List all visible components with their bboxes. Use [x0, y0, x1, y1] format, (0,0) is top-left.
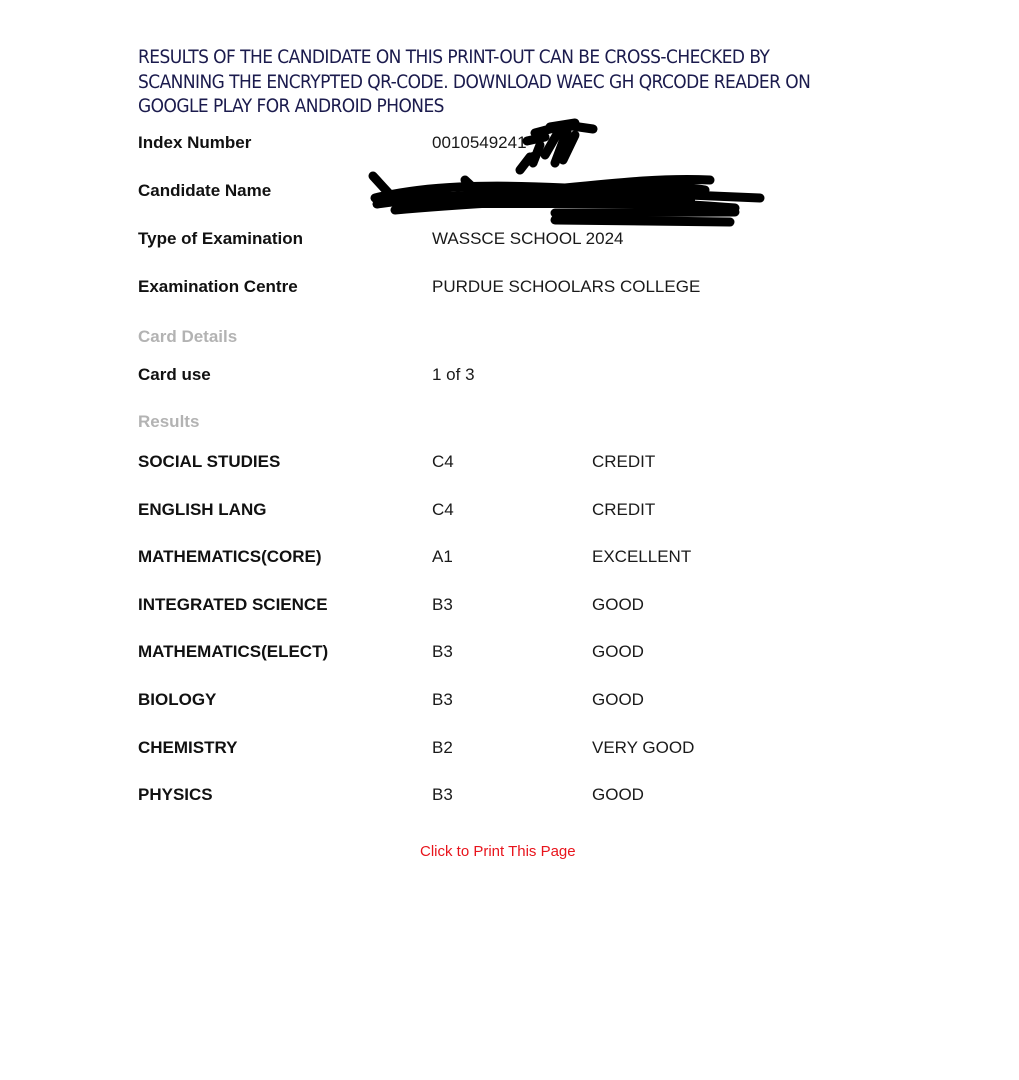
subject-name: PHYSICS	[138, 784, 213, 806]
qr-verification-notice: RESULTS OF THE CANDIDATE ON THIS PRINT-O…	[138, 46, 819, 120]
grade-remark: GOOD	[592, 784, 644, 806]
print-page-link[interactable]: Click to Print This Page	[420, 842, 576, 862]
grade-remark: CREDIT	[592, 451, 655, 473]
index-number-value: 0010549241	[432, 132, 527, 154]
subject-grade: B2	[432, 737, 453, 759]
index-number-label: Index Number	[138, 132, 251, 154]
card-use-label: Card use	[138, 364, 211, 386]
exam-type-label: Type of Examination	[138, 228, 303, 250]
subject-grade: B3	[432, 689, 453, 711]
subject-grade: A1	[432, 546, 453, 568]
subject-grade: C4	[432, 499, 454, 521]
subject-name: ENGLISH LANG	[138, 499, 266, 521]
subject-name: CHEMISTRY	[138, 737, 238, 759]
exam-centre-label: Examination Centre	[138, 276, 298, 298]
card-details-heading: Card Details	[138, 326, 237, 348]
subject-grade: B3	[432, 641, 453, 663]
subject-name: MATHEMATICS(CORE)	[138, 546, 322, 568]
grade-remark: GOOD	[592, 641, 644, 663]
subject-name: INTEGRATED SCIENCE	[138, 594, 328, 616]
grade-remark: EXCELLENT	[592, 546, 691, 568]
subject-name: MATHEMATICS(ELECT)	[138, 641, 328, 663]
grade-remark: GOOD	[592, 594, 644, 616]
grade-remark: VERY GOOD	[592, 737, 694, 759]
subject-name: BIOLOGY	[138, 689, 216, 711]
subject-grade: B3	[432, 784, 453, 806]
exam-centre-value: PURDUE SCHOOLARS COLLEGE	[432, 276, 700, 298]
subject-grade: C4	[432, 451, 454, 473]
subject-grade: B3	[432, 594, 453, 616]
candidate-name-label: Candidate Name	[138, 180, 271, 202]
results-heading: Results	[138, 411, 199, 433]
redaction-mark-name	[365, 168, 770, 233]
subject-name: SOCIAL STUDIES	[138, 451, 280, 473]
exam-type-value: WASSCE SCHOOL 2024	[432, 228, 623, 250]
card-use-value: 1 of 3	[432, 364, 475, 386]
grade-remark: CREDIT	[592, 499, 655, 521]
grade-remark: GOOD	[592, 689, 644, 711]
